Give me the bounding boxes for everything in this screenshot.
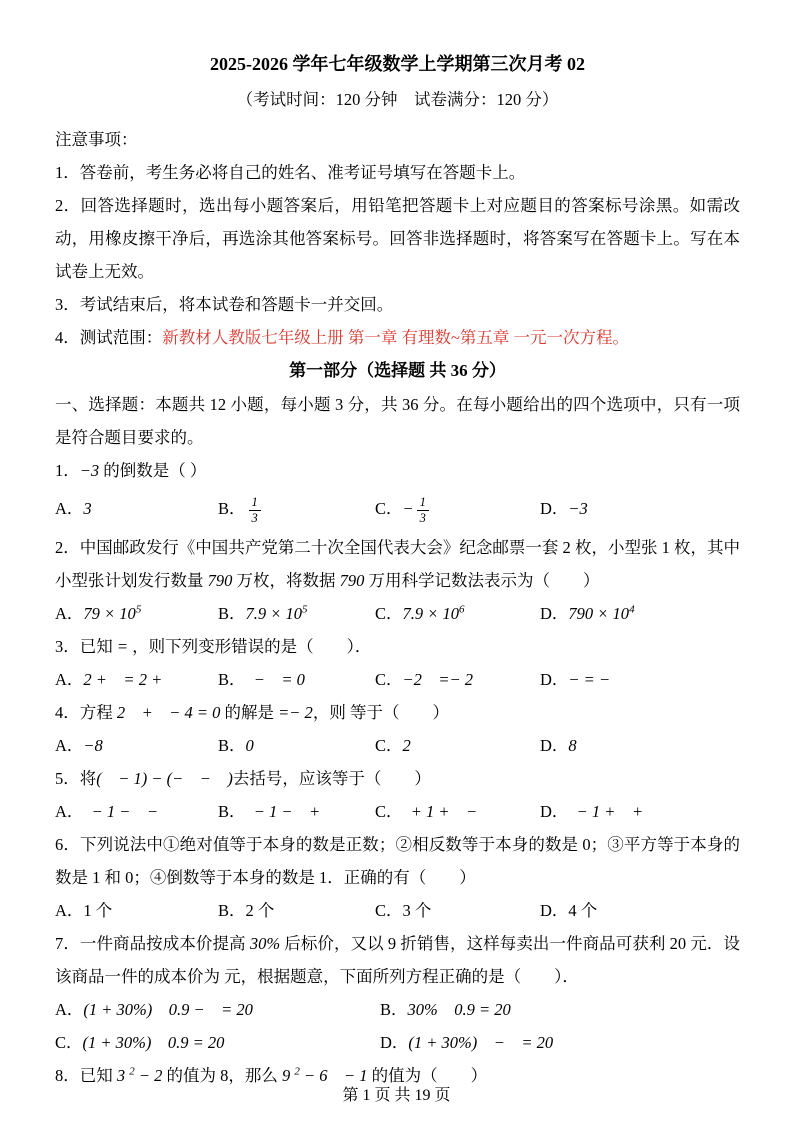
question-7-option-c: C．(1 + 30%) 0.9 = 20 xyxy=(55,1026,380,1059)
text-segment: B． xyxy=(218,802,237,821)
text-segment: A． xyxy=(55,604,83,623)
text-segment: A． xyxy=(55,670,83,689)
text-segment: 万枚，将数据 xyxy=(232,571,339,590)
math-segment: − = 0 xyxy=(237,670,305,689)
text-segment: 4．测试范围： xyxy=(55,328,162,347)
question-2-option-a: A．79 × 105 xyxy=(55,597,218,630)
text-segment: D． xyxy=(540,670,568,689)
exam-title: 2025-2026 学年七年级数学上学期第三次月考 02 xyxy=(55,50,740,78)
math-segment: 9 xyxy=(282,1066,294,1085)
text-segment: C． xyxy=(375,499,403,518)
math-segment: 2 + = 2 + xyxy=(83,670,162,689)
section-1-heading: 第一部分（选择题 共 36 分） xyxy=(55,354,740,388)
math-segment: 3 xyxy=(83,499,91,518)
text-segment: 4．方程 xyxy=(55,703,117,722)
question-7-options: A．(1 + 30%) 0.9 − = 20 B．30% 0.9 = 20 C．… xyxy=(55,993,740,1059)
question-2-option-c: C．7.9 × 106 xyxy=(375,597,540,630)
question-3-options: A．2 + = 2 + B． − = 0 C．−2 =− 2 D．− = − xyxy=(55,663,740,696)
question-6-option-b: B．2 个 xyxy=(218,894,375,927)
text-segment: 8．已知 xyxy=(55,1066,117,1085)
math-segment: 2 xyxy=(403,736,411,755)
math-segment: 7.9 × 10 xyxy=(246,604,303,623)
math-segment: (1 + 30%) − = 20 xyxy=(408,1033,553,1052)
question-3-stem: 3．已知 = ，则下列变形错误的是（ ）． xyxy=(55,630,740,663)
question-2-stem: 2．中国邮政发行《中国共产党第二十次全国代表大会》纪念邮票一套 2 枚，小型张 … xyxy=(55,531,740,597)
math-segment: − 6 − 1 xyxy=(300,1066,368,1085)
math-segment: 7.9 × 10 xyxy=(403,604,460,623)
text-segment: C． xyxy=(375,604,403,623)
superscript-exponent: 6 xyxy=(459,604,465,616)
question-4-options: A．−8 B．0 C．2 D．8 xyxy=(55,729,740,762)
math-segment: −3 xyxy=(80,461,99,480)
text-segment: 的解是 xyxy=(220,703,278,722)
exam-page: 2025-2026 学年七年级数学上学期第三次月考 02 （考试时间：120 分… xyxy=(0,0,793,1122)
text-segment: A． xyxy=(55,1000,83,1019)
math-segment: − = − xyxy=(568,670,610,689)
text-segment: D． xyxy=(540,736,568,755)
superscript-exponent: 5 xyxy=(136,604,142,616)
question-6-option-c: C．3 个 xyxy=(375,894,540,927)
math-segment: −2 =− 2 xyxy=(403,670,474,689)
question-6: 6．下列说法中①绝对值等于本身的数是正数；②相反数等于本身的数是 0；③平方等于… xyxy=(55,828,740,927)
notice-item-4: 4．测试范围：新教材人教版七年级上册 第一章 有理数~第五章 一元一次方程。 xyxy=(55,321,740,354)
question-6-options: A．1 个 B．2 个 C．3 个 D．4 个 xyxy=(55,894,740,927)
math-segment: − 1 − − xyxy=(75,802,158,821)
math-segment: 79 × 10 xyxy=(83,604,135,623)
math-segment: 30% 0.9 = 20 xyxy=(408,1000,511,1019)
question-2-options: A．79 × 105 B．7.9 × 105 C．7.9 × 106 D．790… xyxy=(55,597,740,630)
math-segment: − 1 + + xyxy=(560,802,643,821)
text-segment: 的值为 8，那么 xyxy=(162,1066,282,1085)
math-segment: =− 2 xyxy=(278,703,313,722)
text-segment: D． xyxy=(380,1033,408,1052)
text-segment: A． xyxy=(55,802,75,821)
question-5-option-b: B． − 1 − + xyxy=(218,795,375,828)
question-1-stem: 1．−3 的倒数是（ ） xyxy=(55,454,740,487)
question-1: 1．−3 的倒数是（ ） A．3 B．13 C．−13 D．−3 xyxy=(55,454,740,531)
question-4-stem: 4．方程 2 + − 4 = 0 的解是 =− 2，则 等于（ ） xyxy=(55,696,740,729)
text-segment: B．2 个 xyxy=(218,901,274,920)
math-segment: 3 xyxy=(117,1066,129,1085)
math-segment: −3 xyxy=(568,499,587,518)
question-2: 2．中国邮政发行《中国共产党第二十次全国代表大会》纪念邮票一套 2 枚，小型张 … xyxy=(55,531,740,630)
text-segment: C． xyxy=(375,736,403,755)
question-5: 5．将( − 1) − (− − )去括号，应该等于（ ） A． − 1 − −… xyxy=(55,762,740,828)
math-segment: 30% xyxy=(250,934,280,953)
text-segment: B． xyxy=(218,670,237,689)
text-segment: 的倒数是（ ） xyxy=(99,461,206,480)
question-4-option-b: B．0 xyxy=(218,729,375,762)
question-4-option-a: A．−8 xyxy=(55,729,218,762)
text-segment: ，则 等于（ ） xyxy=(313,703,449,722)
question-1-option-c: C．−13 xyxy=(375,487,540,531)
question-4-option-c: C．2 xyxy=(375,729,540,762)
question-4-option-d: D．8 xyxy=(540,729,740,762)
question-1-option-b: B．13 xyxy=(218,487,375,531)
math-segment: − 2 xyxy=(135,1066,163,1085)
question-1-option-d: D．−3 xyxy=(540,487,740,531)
page-number-footer: 第 1 页 共 19 页 xyxy=(0,1086,793,1106)
text-segment: 7．一件商品按成本价提高 xyxy=(55,934,250,953)
question-3-option-a: A．2 + = 2 + xyxy=(55,663,218,696)
exam-subtitle: （考试时间：120 分钟 试卷满分：120 分） xyxy=(55,85,740,115)
math-segment: 2 + − 4 = 0 xyxy=(117,703,221,722)
question-1-option-a: A．3 xyxy=(55,487,218,531)
fraction: 13 xyxy=(249,495,261,526)
math-segment: 790 xyxy=(340,571,365,590)
question-5-options: A． − 1 − − B． − 1 − + C． + 1 + − D． − 1 … xyxy=(55,795,740,828)
notice-item-2: 2．回答选择题时，选出每小题答案后，用铅笔把答题卡上对应题目的答案标号涂黑。如需… xyxy=(55,189,740,288)
text-segment: C． xyxy=(55,1033,83,1052)
text-segment: D． xyxy=(540,604,568,623)
question-5-stem: 5．将( − 1) − (− − )去括号，应该等于（ ） xyxy=(55,762,740,795)
math-segment: − xyxy=(403,499,414,518)
superscript-exponent: 4 xyxy=(629,604,635,616)
text-segment: B． xyxy=(218,499,246,518)
text-segment: A．1 个 xyxy=(55,901,112,920)
text-segment: A． xyxy=(55,736,83,755)
question-7-option-d: D．(1 + 30%) − = 20 xyxy=(380,1026,740,1059)
text-segment: ，则下列变形错误的是（ ）． xyxy=(132,637,371,656)
text-segment: D． xyxy=(540,802,560,821)
text-segment: A． xyxy=(55,499,83,518)
question-3-option-d: D．− = − xyxy=(540,663,740,696)
text-segment: 3．已知 xyxy=(55,637,117,656)
text-segment: 1． xyxy=(55,461,80,480)
text-segment: D．4 个 xyxy=(540,901,597,920)
question-2-option-b: B．7.9 × 105 xyxy=(218,597,375,630)
question-7-option-b: B．30% 0.9 = 20 xyxy=(380,993,740,1026)
question-1-options: A．3 B．13 C．−13 D．−3 xyxy=(55,487,740,531)
question-7-option-a: A．(1 + 30%) 0.9 − = 20 xyxy=(55,993,380,1026)
text-segment: B． xyxy=(218,604,246,623)
question-7-stem: 7．一件商品按成本价提高 30% 后标价，又以 9 折销售，这样每卖出一件商品可… xyxy=(55,927,740,993)
text-segment: 万用科学记数法表示为（ ） xyxy=(364,571,599,590)
math-segment: ( − 1) − (− − ) xyxy=(96,769,233,788)
text-segment: B． xyxy=(380,1000,408,1019)
question-3: 3．已知 = ，则下列变形错误的是（ ）． A．2 + = 2 + B． − =… xyxy=(55,630,740,696)
page-content: 2025-2026 学年七年级数学上学期第三次月考 02 （考试时间：120 分… xyxy=(55,50,740,1092)
fraction: 13 xyxy=(417,495,429,526)
question-3-option-b: B． − = 0 xyxy=(218,663,375,696)
text-segment: 去括号，应该等于（ ） xyxy=(233,769,431,788)
question-6-stem: 6．下列说法中①绝对值等于本身的数是正数；②相反数等于本身的数是 0；③平方等于… xyxy=(55,828,740,894)
math-segment: − 1 − + xyxy=(237,802,320,821)
math-segment: + 1 + − xyxy=(394,802,477,821)
notice-item-1: 1．答卷前，考生务必将自己的姓名、准考证号填写在答题卡上。 xyxy=(55,156,740,189)
math-segment: (1 + 30%) 0.9 − = 20 xyxy=(83,1000,253,1019)
question-6-option-d: D．4 个 xyxy=(540,894,740,927)
question-2-option-d: D．790 × 104 xyxy=(540,597,740,630)
notice-item-3: 3．考试结束后，将本试卷和答题卡一并交回。 xyxy=(55,288,740,321)
text-segment: 6．下列说法中①绝对值等于本身的数是正数；②相反数等于本身的数是 0；③平方等于… xyxy=(55,835,740,887)
math-segment: 790 xyxy=(208,571,233,590)
notices-heading: 注意事项： xyxy=(55,123,740,156)
math-segment: 8 xyxy=(568,736,576,755)
highlighted-scope-text: 新教材人教版七年级上册 第一章 有理数~第五章 一元一次方程。 xyxy=(162,328,629,347)
text-segment: C． xyxy=(375,802,394,821)
math-segment: (1 + 30%) 0.9 = 20 xyxy=(83,1033,225,1052)
math-segment: −8 xyxy=(83,736,102,755)
math-segment: 790 × 10 xyxy=(568,604,629,623)
text-segment: 5．将 xyxy=(55,769,96,788)
math-segment: = xyxy=(117,637,132,656)
text-segment: 的值为（ ） xyxy=(368,1066,488,1085)
question-6-option-a: A．1 个 xyxy=(55,894,218,927)
text-segment: D． xyxy=(540,499,568,518)
question-5-option-c: C． + 1 + − xyxy=(375,795,540,828)
question-4: 4．方程 2 + − 4 = 0 的解是 =− 2，则 等于（ ） A．−8 B… xyxy=(55,696,740,762)
question-3-option-c: C．−2 =− 2 xyxy=(375,663,540,696)
question-5-option-d: D． − 1 + + xyxy=(540,795,740,828)
math-segment: 0 xyxy=(246,736,254,755)
text-segment: C．3 个 xyxy=(375,901,431,920)
question-5-option-a: A． − 1 − − xyxy=(55,795,218,828)
superscript-exponent: 5 xyxy=(302,604,308,616)
text-segment: C． xyxy=(375,670,403,689)
text-segment: B． xyxy=(218,736,246,755)
section-1-intro: 一、选择题：本题共 12 小题，每小题 3 分，共 36 分。在每小题给出的四个… xyxy=(55,388,740,454)
question-7: 7．一件商品按成本价提高 30% 后标价，又以 9 折销售，这样每卖出一件商品可… xyxy=(55,927,740,1059)
